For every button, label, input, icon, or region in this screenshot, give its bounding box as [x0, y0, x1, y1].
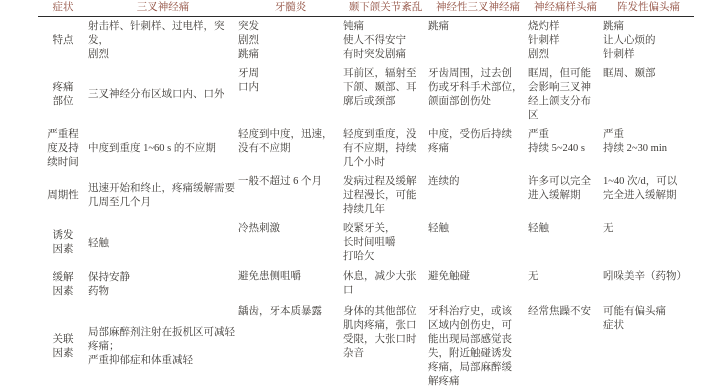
row-label-characteristics: 特点 — [38, 17, 88, 65]
cell: 耳前区，辐射至 下颌、颞部、耳 廓后或颈部 — [343, 64, 428, 125]
cell: 龋齿，牙本质暴露 — [238, 302, 343, 390]
cell: 牙科治疗史，或该 区域内创伤史，可 能出现局部感觉丧 失，附近触碰诱发 疼痛，局… — [428, 302, 528, 390]
cell: 1~40 次/d，可以 完全进入缓解期 — [603, 172, 694, 219]
cell: 眶周、颞部 — [603, 64, 694, 125]
cell: 身体的其他部位 肌肉疼痛，张口 受限，大张口时 杂音 — [343, 302, 428, 390]
cell: 三叉神经分布区域口内、口外 — [88, 64, 238, 125]
col-symptom: 症状 — [38, 1, 88, 17]
col-paroxysmal-hemicrania: 阵发性偏头痛 — [603, 1, 694, 17]
cell: 轻度到重度，没 有不应期，持续 几个小时 — [343, 125, 428, 172]
row-relieving-factors: 缓解 因素 保持安静 药物 避免患侧咀嚼 休息，减少大张 口 避免触碰 无 吲哚… — [38, 267, 694, 302]
row-triggers: 诱发 因素 轻触 冷热刺激 咬紧牙关， 长时间咀嚼 打哈欠 轻触 轻触 无 — [38, 219, 694, 267]
cell: 经常焦躁不安 — [528, 302, 603, 390]
cell: 无 — [603, 219, 694, 267]
header-row: 症状 三叉神经痛 牙髓炎 颞下颌关节紊乱 神经性三叉神经痛 神经痛样头痛 阵发性… — [38, 1, 694, 17]
cell: 连续的 — [428, 172, 528, 219]
cell: 跳痛 让人心烦的 针刺样 — [603, 17, 694, 65]
row-characteristics: 特点 射击样、针刺样、过电样，突发， 剧烈 突发 剧烈 跳痛 钝痛 使人不得安宁… — [38, 17, 694, 65]
col-pulpitis: 牙髓炎 — [238, 1, 343, 17]
cell: 牙齿周围，过去创 伤或牙科手术部位， 颌面部创伤处 — [428, 64, 528, 125]
cell: 轻度到中度，迅速， 没有不应期 — [238, 125, 343, 172]
cell: 中度到重度 1~60 s 的不应期 — [88, 125, 238, 172]
cell: 避免触碰 — [428, 267, 528, 302]
cell: 迅速开始和终止，疼痛缓解需要 几周至几个月 — [88, 172, 238, 219]
row-label-pain-location: 疼痛 部位 — [38, 64, 88, 125]
cell: 严重 持续 5~240 s — [528, 125, 603, 172]
facial-pain-comparison-table: 症状 三叉神经痛 牙髓炎 颞下颌关节紊乱 神经性三叉神经痛 神经痛样头痛 阵发性… — [38, 1, 694, 390]
row-label-triggers: 诱发 因素 — [38, 219, 88, 267]
cell: 无 — [528, 267, 603, 302]
row-severity-duration: 严重程 度及持 续时间 中度到重度 1~60 s 的不应期 轻度到中度，迅速， … — [38, 125, 694, 172]
cell: 轻触 — [528, 219, 603, 267]
cell: 避免患侧咀嚼 — [238, 267, 343, 302]
cell: 保持安静 药物 — [88, 267, 238, 302]
cell: 发病过程及缓解 过程漫长，可能 持续几年 — [343, 172, 428, 219]
row-label-relieving-factors: 缓解 因素 — [38, 267, 88, 302]
cell: 许多可以完全 进入缓解期 — [528, 172, 603, 219]
cell: 烧灼样 针刺样 剧烈 — [528, 17, 603, 65]
cell: 咬紧牙关， 长时间咀嚼 打哈欠 — [343, 219, 428, 267]
col-tmj-disorder: 颞下颌关节紊乱 — [343, 1, 428, 17]
scanned-page: 症状 三叉神经痛 牙髓炎 颞下颌关节紊乱 神经性三叉神经痛 神经痛样头痛 阵发性… — [0, 0, 725, 390]
cell: 局部麻醉剂注射在扳机区可减轻 疼痛； 严重抑郁症和体重减轻 — [88, 302, 238, 390]
cell: 射击样、针刺样、过电样，突发， 剧烈 — [88, 17, 238, 65]
cell: 吲哚美辛（药物） — [603, 267, 694, 302]
cell: 眶周，但可能 会影响三叉神 经上颌支分布 区 — [528, 64, 603, 125]
cell: 一般不超过 6 个月 — [238, 172, 343, 219]
cell: 轻触 — [428, 219, 528, 267]
cell: 牙周 口内 — [238, 64, 343, 125]
cell: 可能有偏头痛 症状 — [603, 302, 694, 390]
row-label-periodicity: 周期性 — [38, 172, 88, 219]
cell: 钝痛 使人不得安宁 有时突发剧痛 — [343, 17, 428, 65]
cell: 突发 剧烈 跳痛 — [238, 17, 343, 65]
cell: 严重 持续 2~30 min — [603, 125, 694, 172]
cell: 休息，减少大张 口 — [343, 267, 428, 302]
row-associated-factors: 关联 因素 局部麻醉剂注射在扳机区可减轻 疼痛； 严重抑郁症和体重减轻 龋齿，牙… — [38, 302, 694, 390]
col-neuralgiform-headache: 神经痛样头痛 — [528, 1, 603, 17]
cell: 中度，受伤后持续 疼痛 — [428, 125, 528, 172]
col-neuropathic-trigeminal: 神经性三叉神经痛 — [428, 1, 528, 17]
row-periodicity: 周期性 迅速开始和终止，疼痛缓解需要 几周至几个月 一般不超过 6 个月 发病过… — [38, 172, 694, 219]
row-pain-location: 疼痛 部位 三叉神经分布区域口内、口外 牙周 口内 耳前区，辐射至 下颌、颞部、… — [38, 64, 694, 125]
col-trigeminal-neuralgia: 三叉神经痛 — [88, 1, 238, 17]
cell: 冷热刺激 — [238, 219, 343, 267]
cell: 跳痛 — [428, 17, 528, 65]
row-label-associated-factors: 关联 因素 — [38, 302, 88, 390]
cell: 轻触 — [88, 219, 238, 267]
row-label-severity-duration: 严重程 度及持 续时间 — [38, 125, 88, 172]
